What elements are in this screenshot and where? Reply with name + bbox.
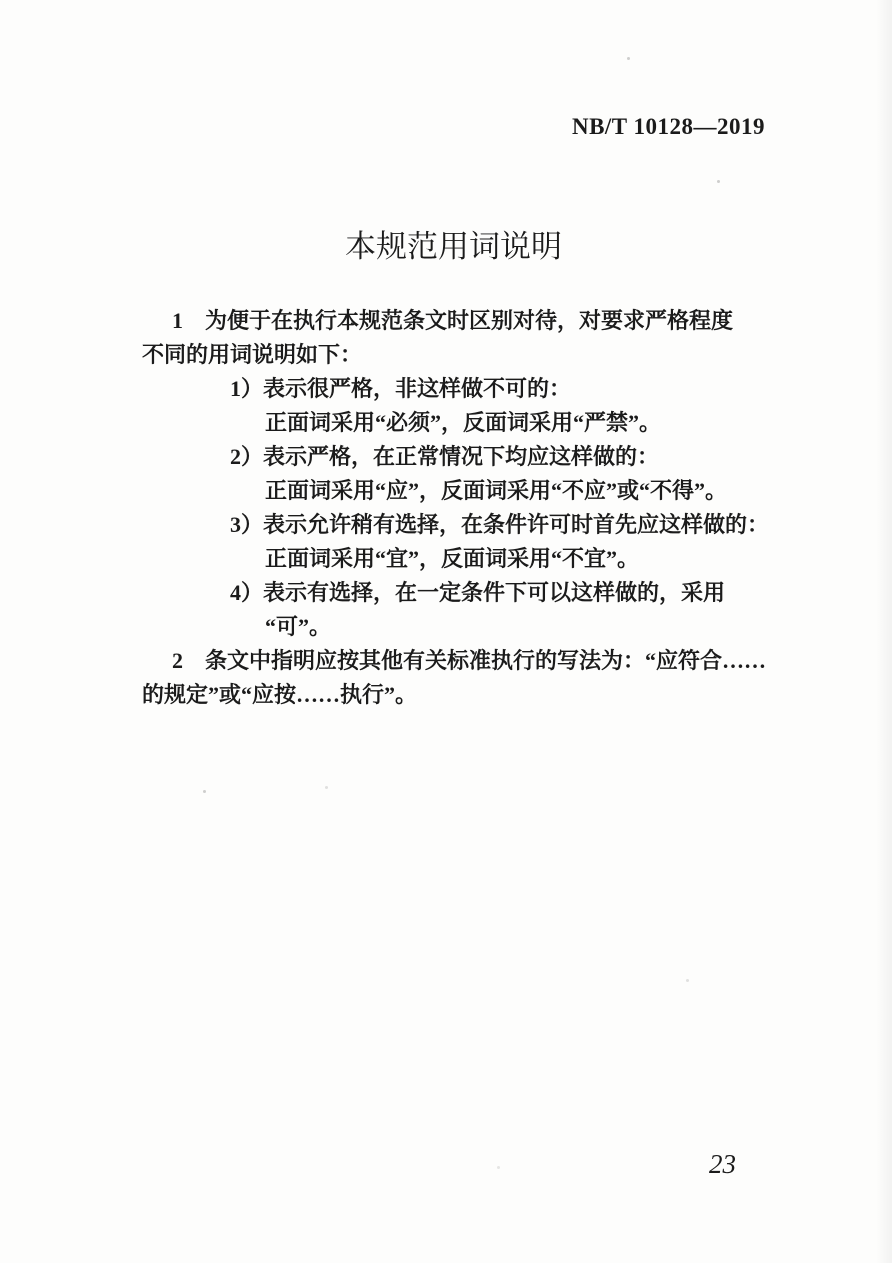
scan-speck: [325, 786, 328, 789]
section-title: 本规范用词说明: [142, 226, 765, 268]
term1-line2: 正面词采用“必须”，反面词采用“严禁”。: [142, 406, 802, 440]
term3-line2: 正面词采用“宜”，反面词采用“不宜”。: [142, 542, 802, 576]
term4-line2: “可”。: [142, 610, 802, 644]
clause1-line1: 1 为便于在执行本规范条文时区别对待，对要求严格程度: [142, 304, 802, 338]
scan-speck: [203, 790, 206, 793]
scan-speck: [686, 979, 689, 982]
document-page: NB/T 10128—2019 本规范用词说明 1 为便于在执行本规范条文时区别…: [0, 0, 892, 1263]
page-number: 23: [709, 1147, 736, 1181]
term3-line1: 3）表示允许稍有选择，在条件许可时首先应这样做的：: [142, 508, 802, 542]
body-text: 1 为便于在执行本规范条文时区别对待，对要求严格程度 不同的用词说明如下： 1）…: [142, 304, 802, 712]
clause1-line2: 不同的用词说明如下：: [142, 338, 802, 372]
clause2-line1: 2 条文中指明应按其他有关标准执行的写法为：“应符合……: [142, 644, 802, 678]
term2-line2: 正面词采用“应”，反面词采用“不应”或“不得”。: [142, 474, 802, 508]
term4-line1: 4）表示有选择，在一定条件下可以这样做的，采用: [142, 576, 802, 610]
standard-code: NB/T 10128—2019: [572, 112, 765, 142]
scan-speck: [497, 1166, 500, 1169]
scan-speck: [717, 180, 720, 183]
term1-line1: 1）表示很严格，非这样做不可的：: [142, 372, 802, 406]
clause2-line2: 的规定”或“应按……执行”。: [142, 678, 802, 712]
scan-speck: [627, 57, 630, 60]
term2-line1: 2）表示严格，在正常情况下均应这样做的：: [142, 440, 802, 474]
